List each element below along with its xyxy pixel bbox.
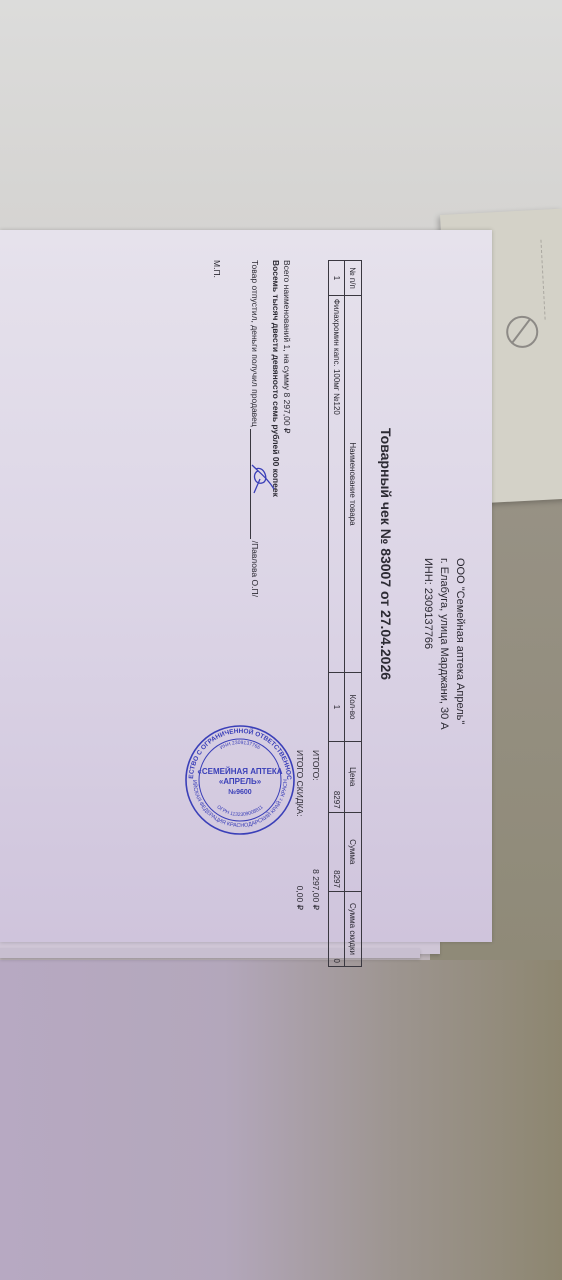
cell-sum: 8297 (329, 812, 345, 891)
release-line: Товар отпустил, деньги получил продавец … (250, 260, 260, 597)
cell-qty: 1 (329, 673, 345, 742)
header-sum: Сумма (345, 812, 362, 891)
signature-line (250, 429, 260, 539)
stamp-ogrn: ОГРН 1132309008811 (216, 804, 265, 818)
header-num: № п/п (345, 261, 362, 296)
release-label: Товар отпустил, деньги получил продавец (250, 260, 260, 427)
total-row: ИТОГО: 8 297,00 ₽ (308, 750, 324, 910)
organization-address: г. Елабуга, улица Марджани, 30 А (436, 558, 452, 730)
header-qty: Кол-во (345, 673, 362, 742)
header-name: Наименование товара (345, 295, 362, 672)
summary-count: Всего наименований 1, на сумму 8 297,00 … (281, 260, 292, 497)
header-price: Цена (345, 741, 362, 812)
stamp-center-3: №9600 (228, 788, 251, 796)
cell-price: 8297 (329, 741, 345, 812)
seller-name: /Павлова О.П/ (250, 541, 260, 597)
company-stamp-icon: ОБЩЕСТВО С ОГРАНИЧЕННОЙ ОТВЕТСТВЕННОСТЬЮ… (184, 724, 296, 836)
faded-seal-icon (505, 315, 539, 349)
svg-text:ОГРН 1132309008811: ОГРН 1132309008811 (216, 804, 265, 818)
total-label: ИТОГО: (308, 750, 324, 781)
receipt-sheet-wrapper: ООО "Семейная аптека Апрель" г. Елабуга,… (0, 230, 492, 942)
discount-total-value: 0,00 ₽ (292, 886, 308, 910)
organization-header: ООО "Семейная аптека Апрель" г. Елабуга,… (420, 558, 468, 730)
stamp-center-2: «АПРЕЛЬ» (219, 777, 262, 786)
table-row: 1 Филахромин капс. 100мг №120 1 8297 829… (329, 261, 345, 967)
signature-icon (248, 459, 278, 499)
background-table (0, 960, 562, 1280)
header-discount: Сумма скидки (345, 891, 362, 966)
mp-label: М.П. (212, 260, 222, 278)
cell-discount: 0 (329, 891, 345, 966)
organization-name: ООО "Семейная аптека Апрель" (452, 558, 468, 730)
cell-num: 1 (329, 261, 345, 296)
items-table: № п/п Наименование товара Кол-во Цена Су… (328, 260, 362, 967)
faded-text (540, 239, 559, 320)
organization-inn: ИНН: 2309137766 (420, 558, 436, 730)
stamp-center-1: «СЕМЕЙНАЯ АПТЕКА (197, 767, 282, 776)
totals-block: ИТОГО: 8 297,00 ₽ ИТОГО СКИДКА: 0,00 ₽ (292, 750, 324, 910)
table-header-row: № п/п Наименование товара Кол-во Цена Су… (345, 261, 362, 967)
receipt-sheet: ООО "Семейная аптека Апрель" г. Елабуга,… (0, 230, 492, 942)
total-value: 8 297,00 ₽ (308, 869, 324, 910)
receipt-title: Товарный чек № 83007 от 27.04.2026 (378, 428, 394, 680)
cell-name: Филахромин капс. 100мг №120 (329, 295, 345, 672)
